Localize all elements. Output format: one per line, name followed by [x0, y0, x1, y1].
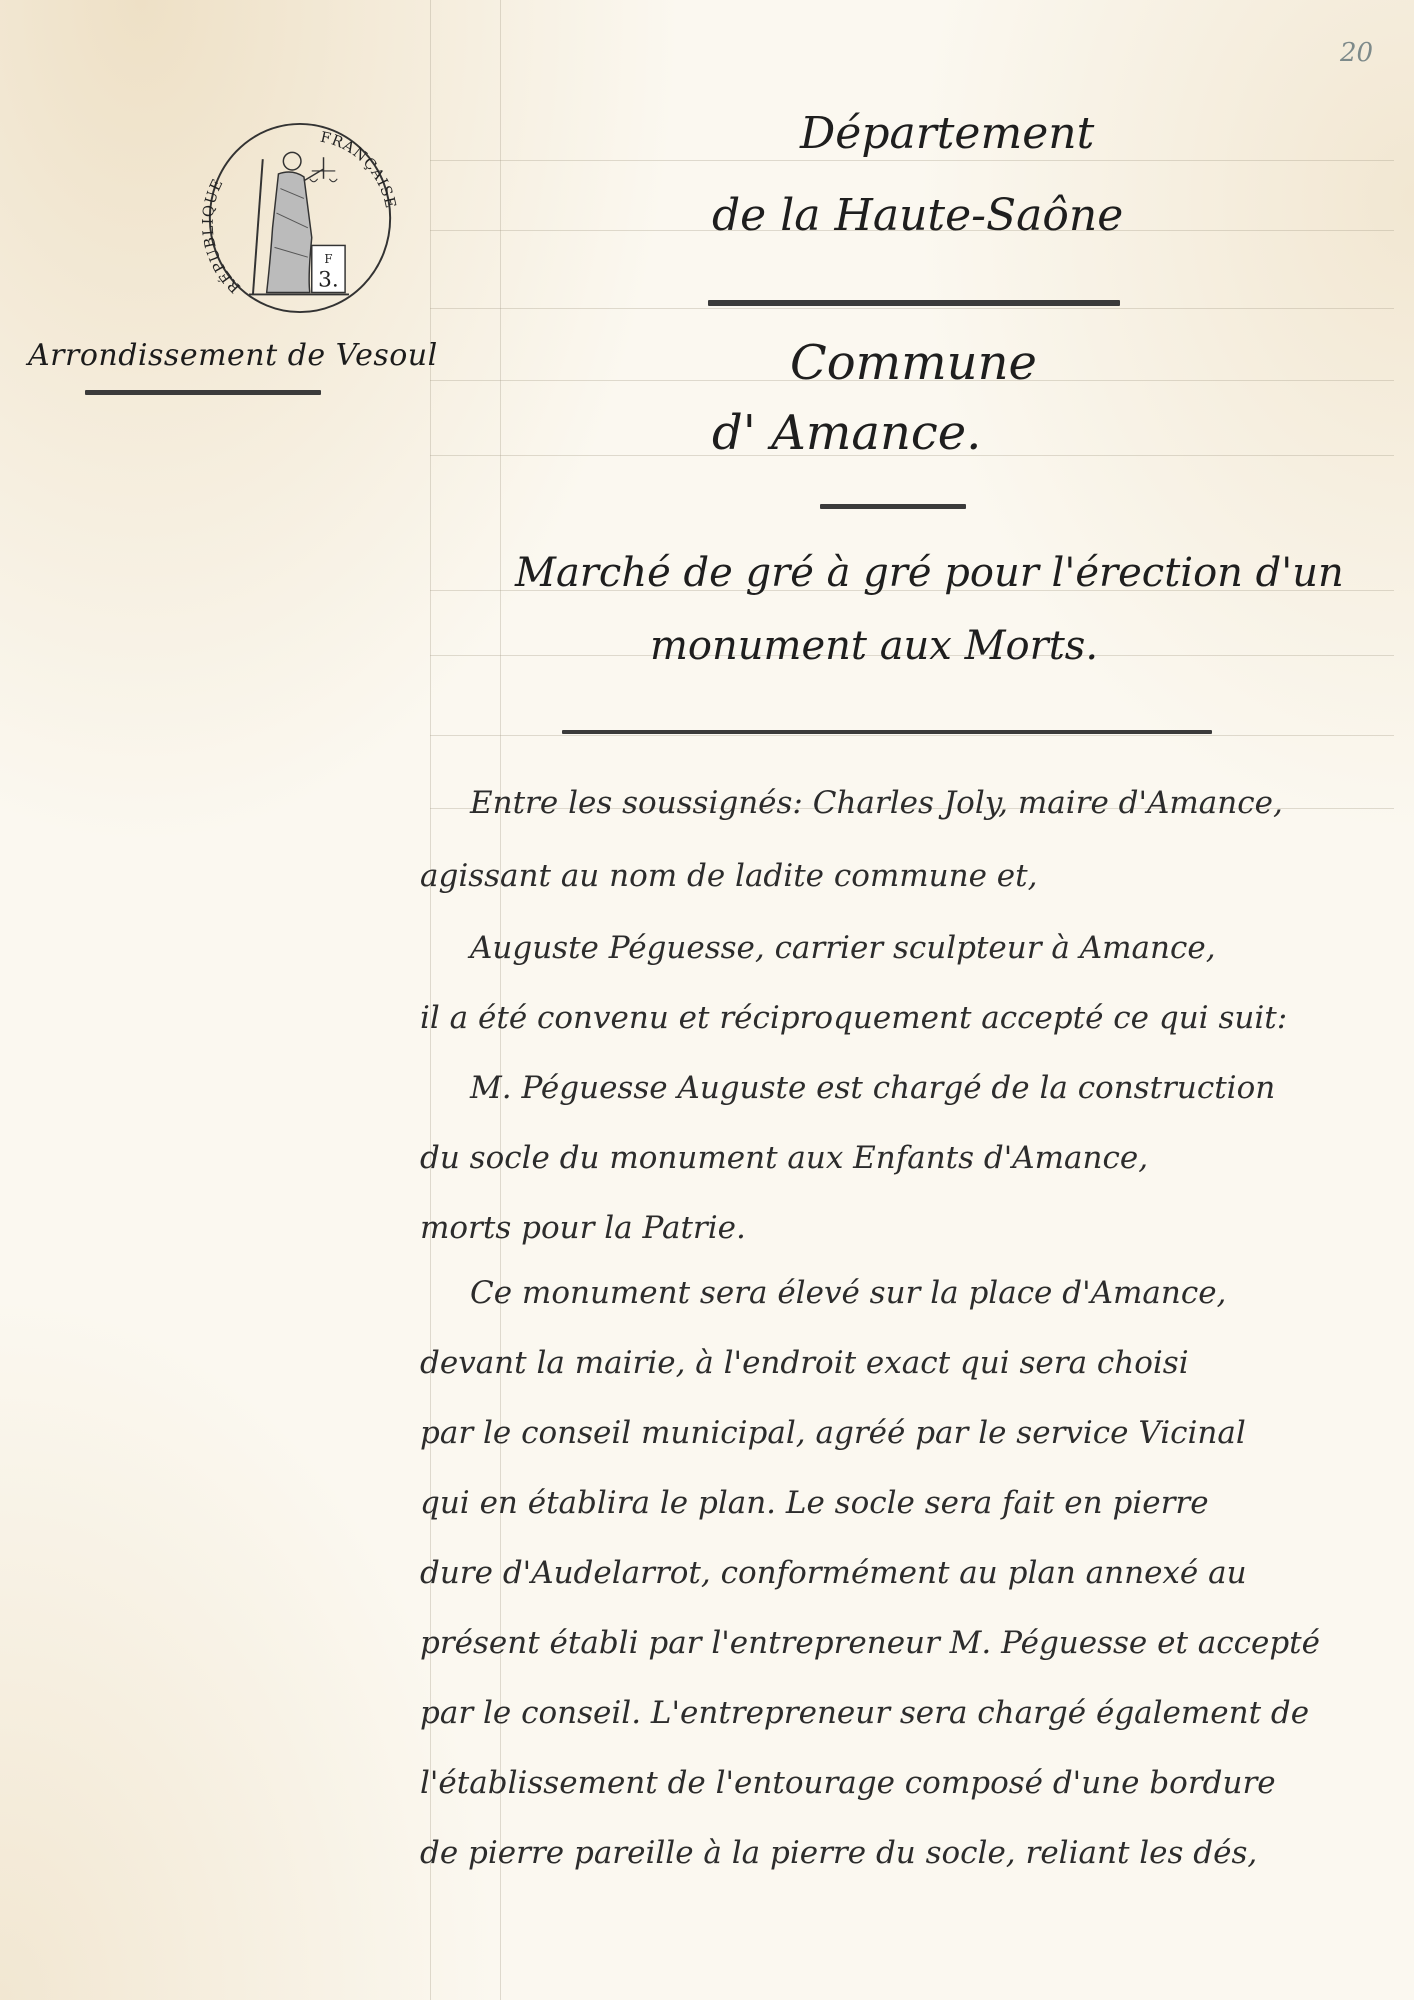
body-line: M. Péguesse Auguste est chargé de la con…	[470, 1070, 1414, 1106]
svg-text:FRANÇAISE: FRANÇAISE	[319, 129, 398, 211]
divider	[708, 300, 1120, 306]
seal-icon: RÉPUBLIQUE FRANÇAISE F 3.	[202, 120, 398, 316]
commune-heading: Commune	[790, 335, 1037, 391]
body-line: du socle du monument aux Enfants d'Amanc…	[420, 1140, 1380, 1176]
body-line: Auguste Péguesse, carrier sculpteur à Am…	[470, 930, 1414, 966]
body-line: il a été convenu et réciproquement accep…	[420, 1000, 1380, 1036]
svg-text:F: F	[324, 252, 332, 266]
body-line: par le conseil municipal, agréé par le s…	[420, 1415, 1380, 1451]
svg-text:RÉPUBLIQUE: RÉPUBLIQUE	[202, 176, 244, 296]
body-line: l'établissement de l'entourage composé d…	[420, 1765, 1380, 1801]
body-line: présent établi par l'entrepreneur M. Pég…	[420, 1625, 1380, 1661]
body-line: par le conseil. L'entrepreneur sera char…	[420, 1695, 1380, 1731]
svg-text:3.: 3.	[318, 268, 339, 293]
republique-francaise-seal: RÉPUBLIQUE FRANÇAISE F 3.	[202, 120, 398, 316]
body-line: morts pour la Patrie.	[420, 1210, 1380, 1246]
body-line: devant la mairie, à l'endroit exact qui …	[420, 1345, 1380, 1381]
divider	[820, 504, 966, 509]
divider	[85, 390, 321, 395]
ruled-line	[430, 308, 1394, 309]
body-line: Ce monument sera élevé sur la place d'Am…	[470, 1275, 1414, 1311]
commune-name: d' Amance.	[712, 405, 981, 461]
document-page: 20 RÉPUBLIQUE FRANÇAISE F	[0, 0, 1414, 2000]
contract-title-line1: Marché de gré à gré pour l'érection d'un	[515, 550, 1344, 596]
divider	[562, 730, 1212, 734]
department-heading: Département	[800, 108, 1094, 159]
body-line: dure d'Audelarrot, conformément au plan …	[420, 1555, 1380, 1591]
department-name: de la Haute-Saône	[712, 190, 1123, 241]
ruled-line	[430, 735, 1394, 736]
body-line: agissant au nom de ladite commune et,	[420, 858, 1380, 894]
body-line: qui en établira le plan. Le socle sera f…	[420, 1485, 1380, 1521]
ruled-line	[430, 160, 1394, 161]
contract-title-line2: monument aux Morts.	[650, 623, 1098, 669]
body-line: de pierre pareille à la pierre du socle,…	[420, 1835, 1380, 1871]
arrondissement-label: Arrondissement de Vesoul	[28, 338, 438, 373]
page-number: 20	[1340, 38, 1373, 68]
body-line: Entre les soussignés: Charles Joly, mair…	[470, 785, 1414, 821]
